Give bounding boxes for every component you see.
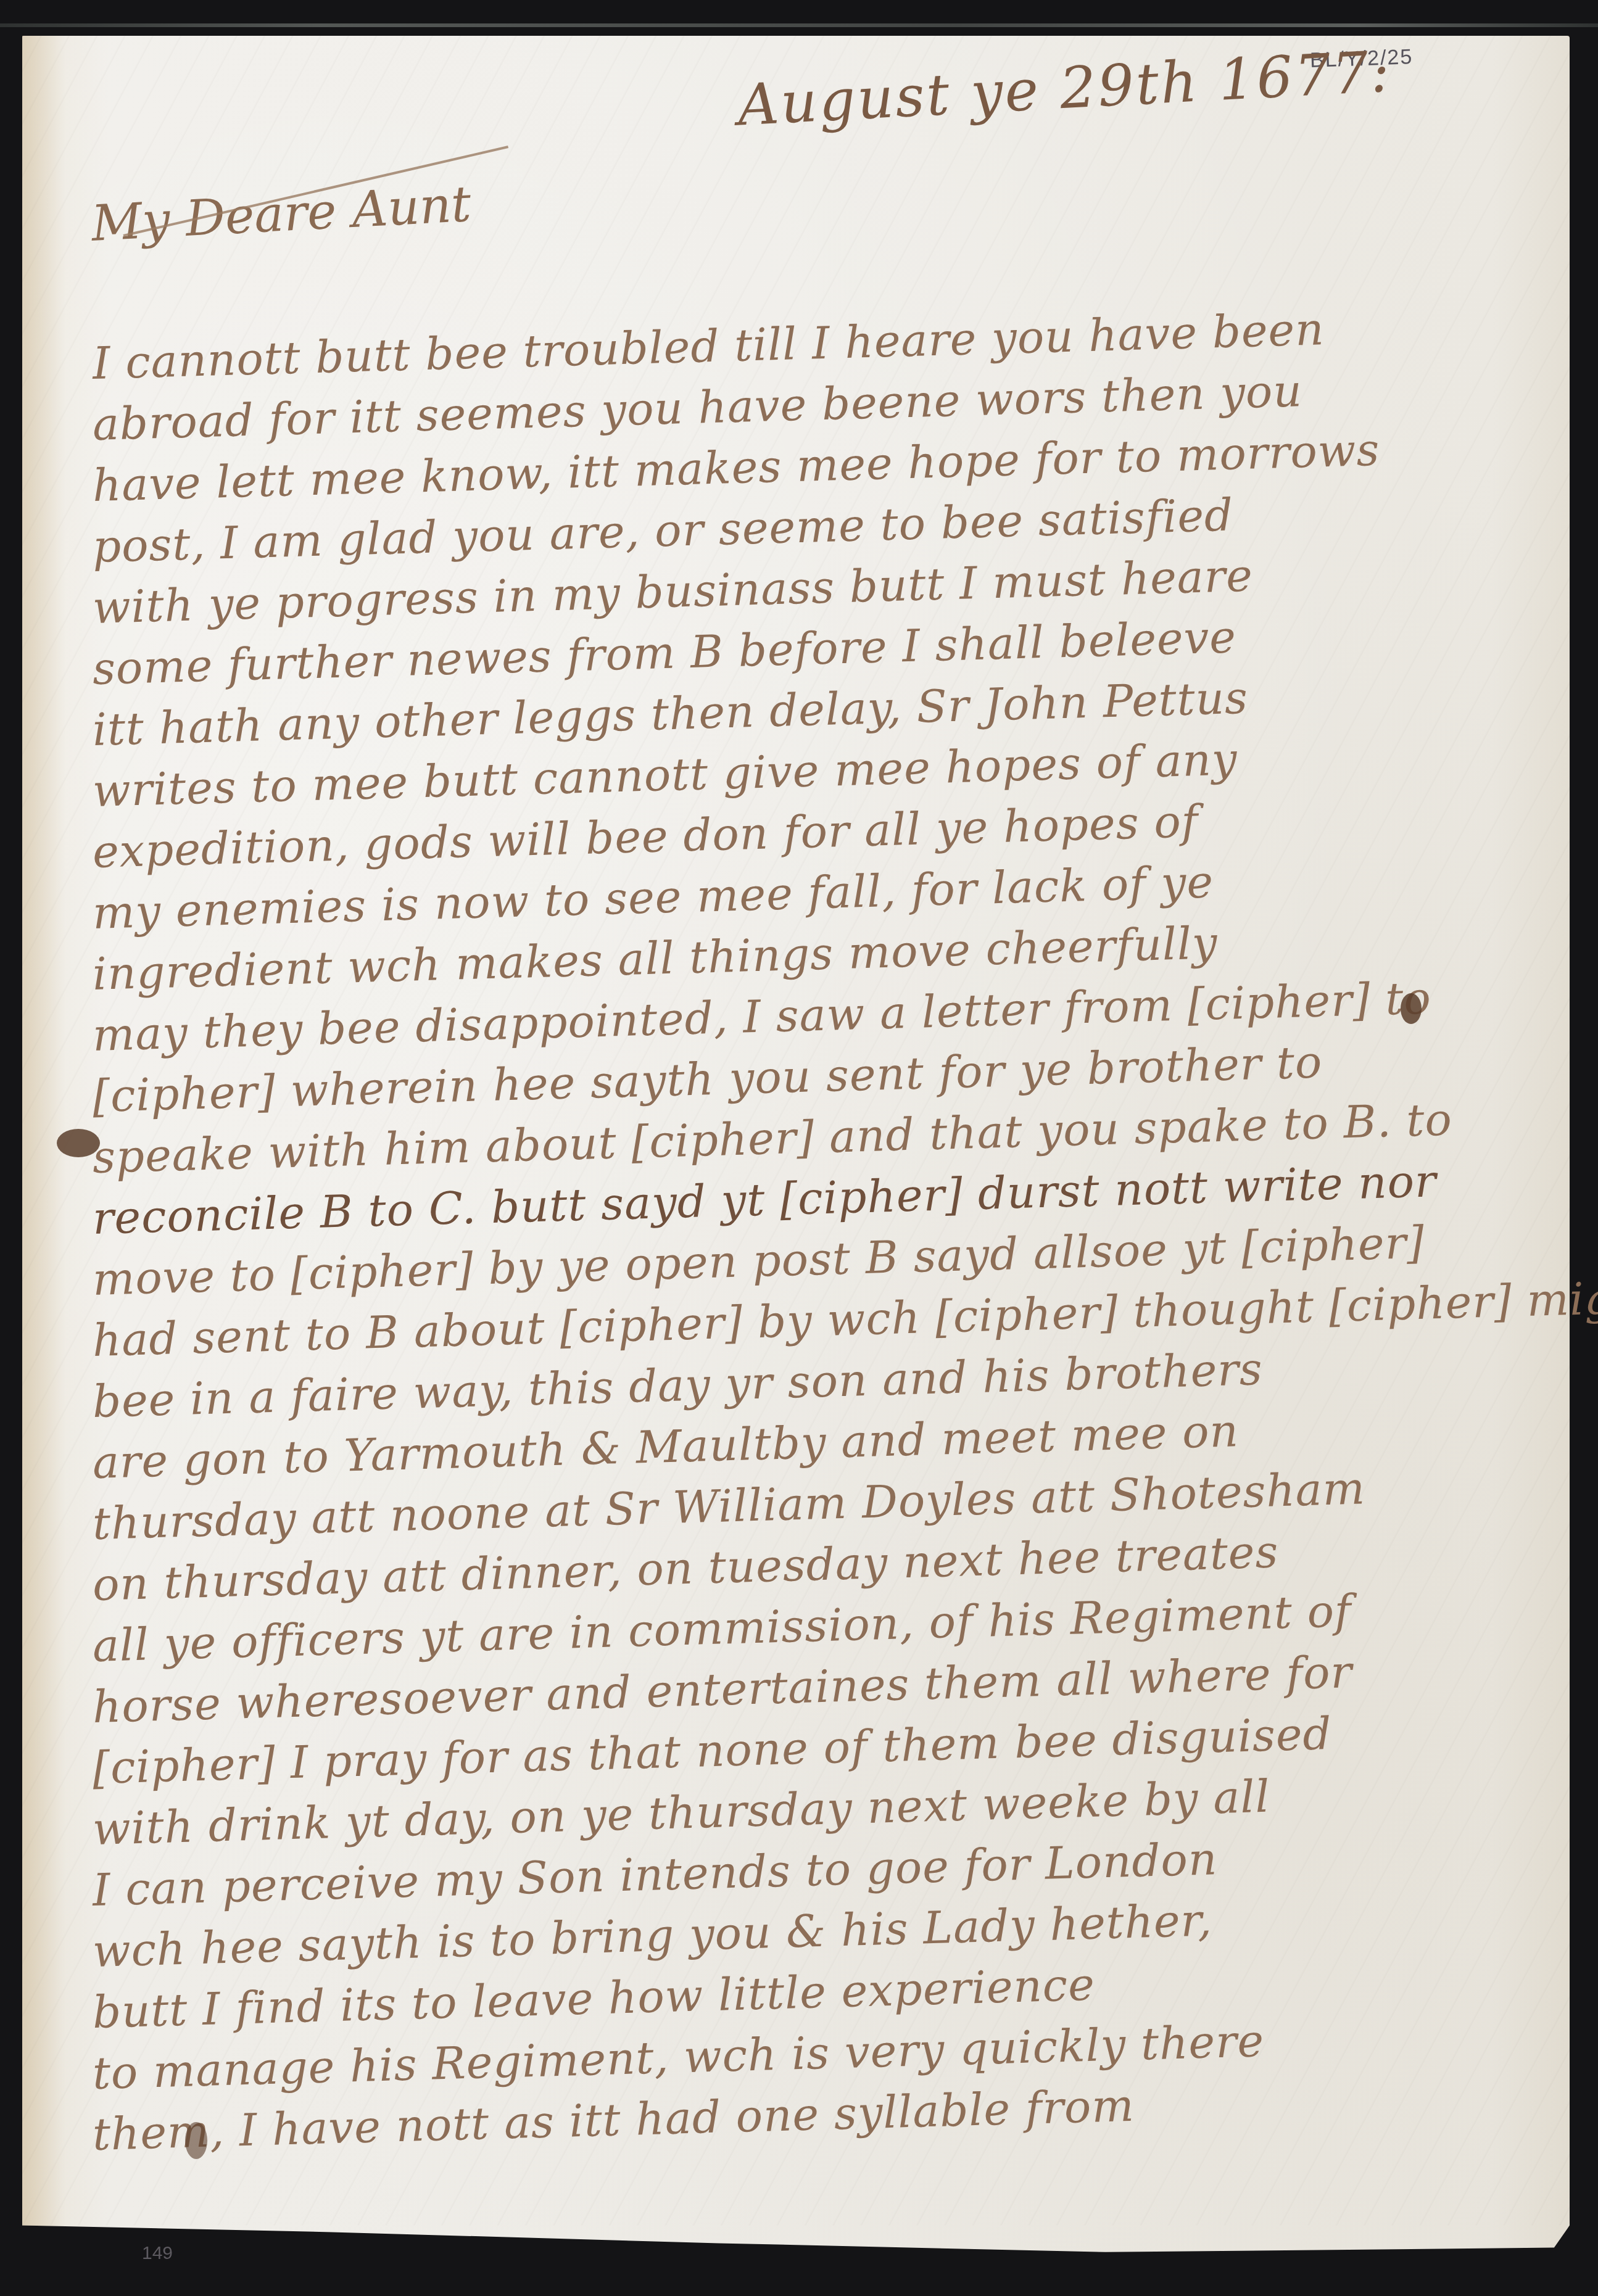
letter-body: I cannott butt bee troubled till I heare… [93,333,1549,2165]
mount-edge [0,23,1598,27]
manuscript-scan: BL/Y/2/25 August ye 29th 1677: My Deare … [0,0,1598,2296]
folio-number: 149 [142,2243,173,2264]
cipher-mark [57,1129,100,1157]
cipher-mark [1401,993,1422,1024]
ink-blot [185,2122,207,2159]
